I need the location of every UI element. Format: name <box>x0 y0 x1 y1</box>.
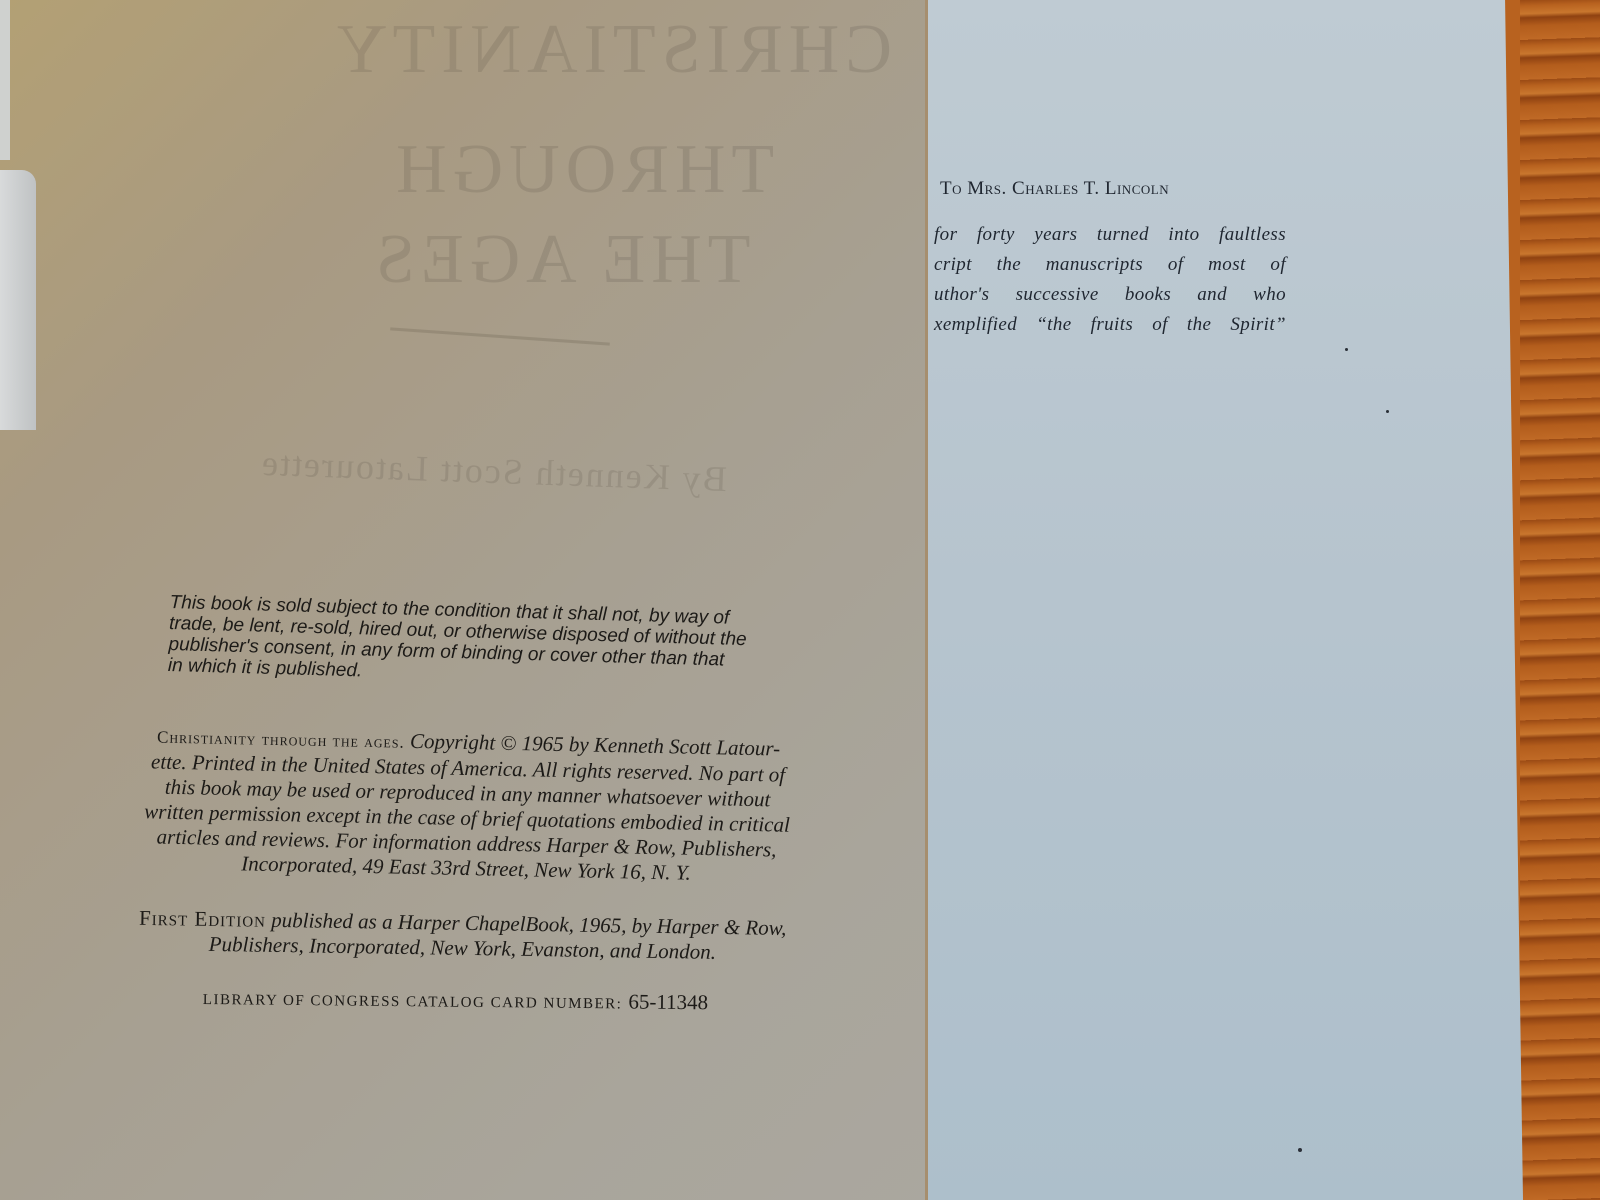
show-through-title-line-2: THROUGH <box>390 130 774 210</box>
sale-condition-notice: This book is sold subject to the conditi… <box>168 592 800 694</box>
dedication-line: for forty years turned into faultless <box>934 220 1286 250</box>
show-through-title-line-3: THE AGES <box>370 220 751 300</box>
ink-speck <box>1386 410 1389 413</box>
ink-speck <box>1298 1148 1302 1152</box>
dedication-line: uthor's successive books and who <box>934 280 1286 310</box>
dedication-line: xemplified “the fruits of the Spirit” <box>934 310 1286 340</box>
dedication-line: cript the manuscripts of most of <box>934 250 1286 280</box>
lccn-label: LIBRARY OF CONGRESS CATALOG CARD NUMBER: <box>203 992 623 1012</box>
copyright-notice: Christianity through the ages. Copyright… <box>81 722 854 889</box>
show-through-title-line-1: CHRISTIANITY <box>330 10 892 90</box>
lccn-line: LIBRARY OF CONGRESS CATALOG CARD NUMBER:… <box>203 985 708 1015</box>
ink-speck <box>1345 348 1348 351</box>
page-edge-top <box>0 0 10 160</box>
show-through-rule <box>390 327 610 345</box>
dedication-heading: To Mrs. Charles T. Lincoln <box>940 178 1169 200</box>
show-through-author: By Kenneth Scott Latourette <box>259 442 727 500</box>
dedication-text: for forty years turned into faultless cr… <box>934 220 1286 340</box>
wooden-table <box>1520 0 1600 1200</box>
book-title-smallcaps: Christianity through the ages. <box>157 728 405 752</box>
edition-label: First Edition <box>139 906 266 932</box>
page-edge-sliver <box>0 170 36 430</box>
lccn-number: 65-11348 <box>628 989 708 1014</box>
